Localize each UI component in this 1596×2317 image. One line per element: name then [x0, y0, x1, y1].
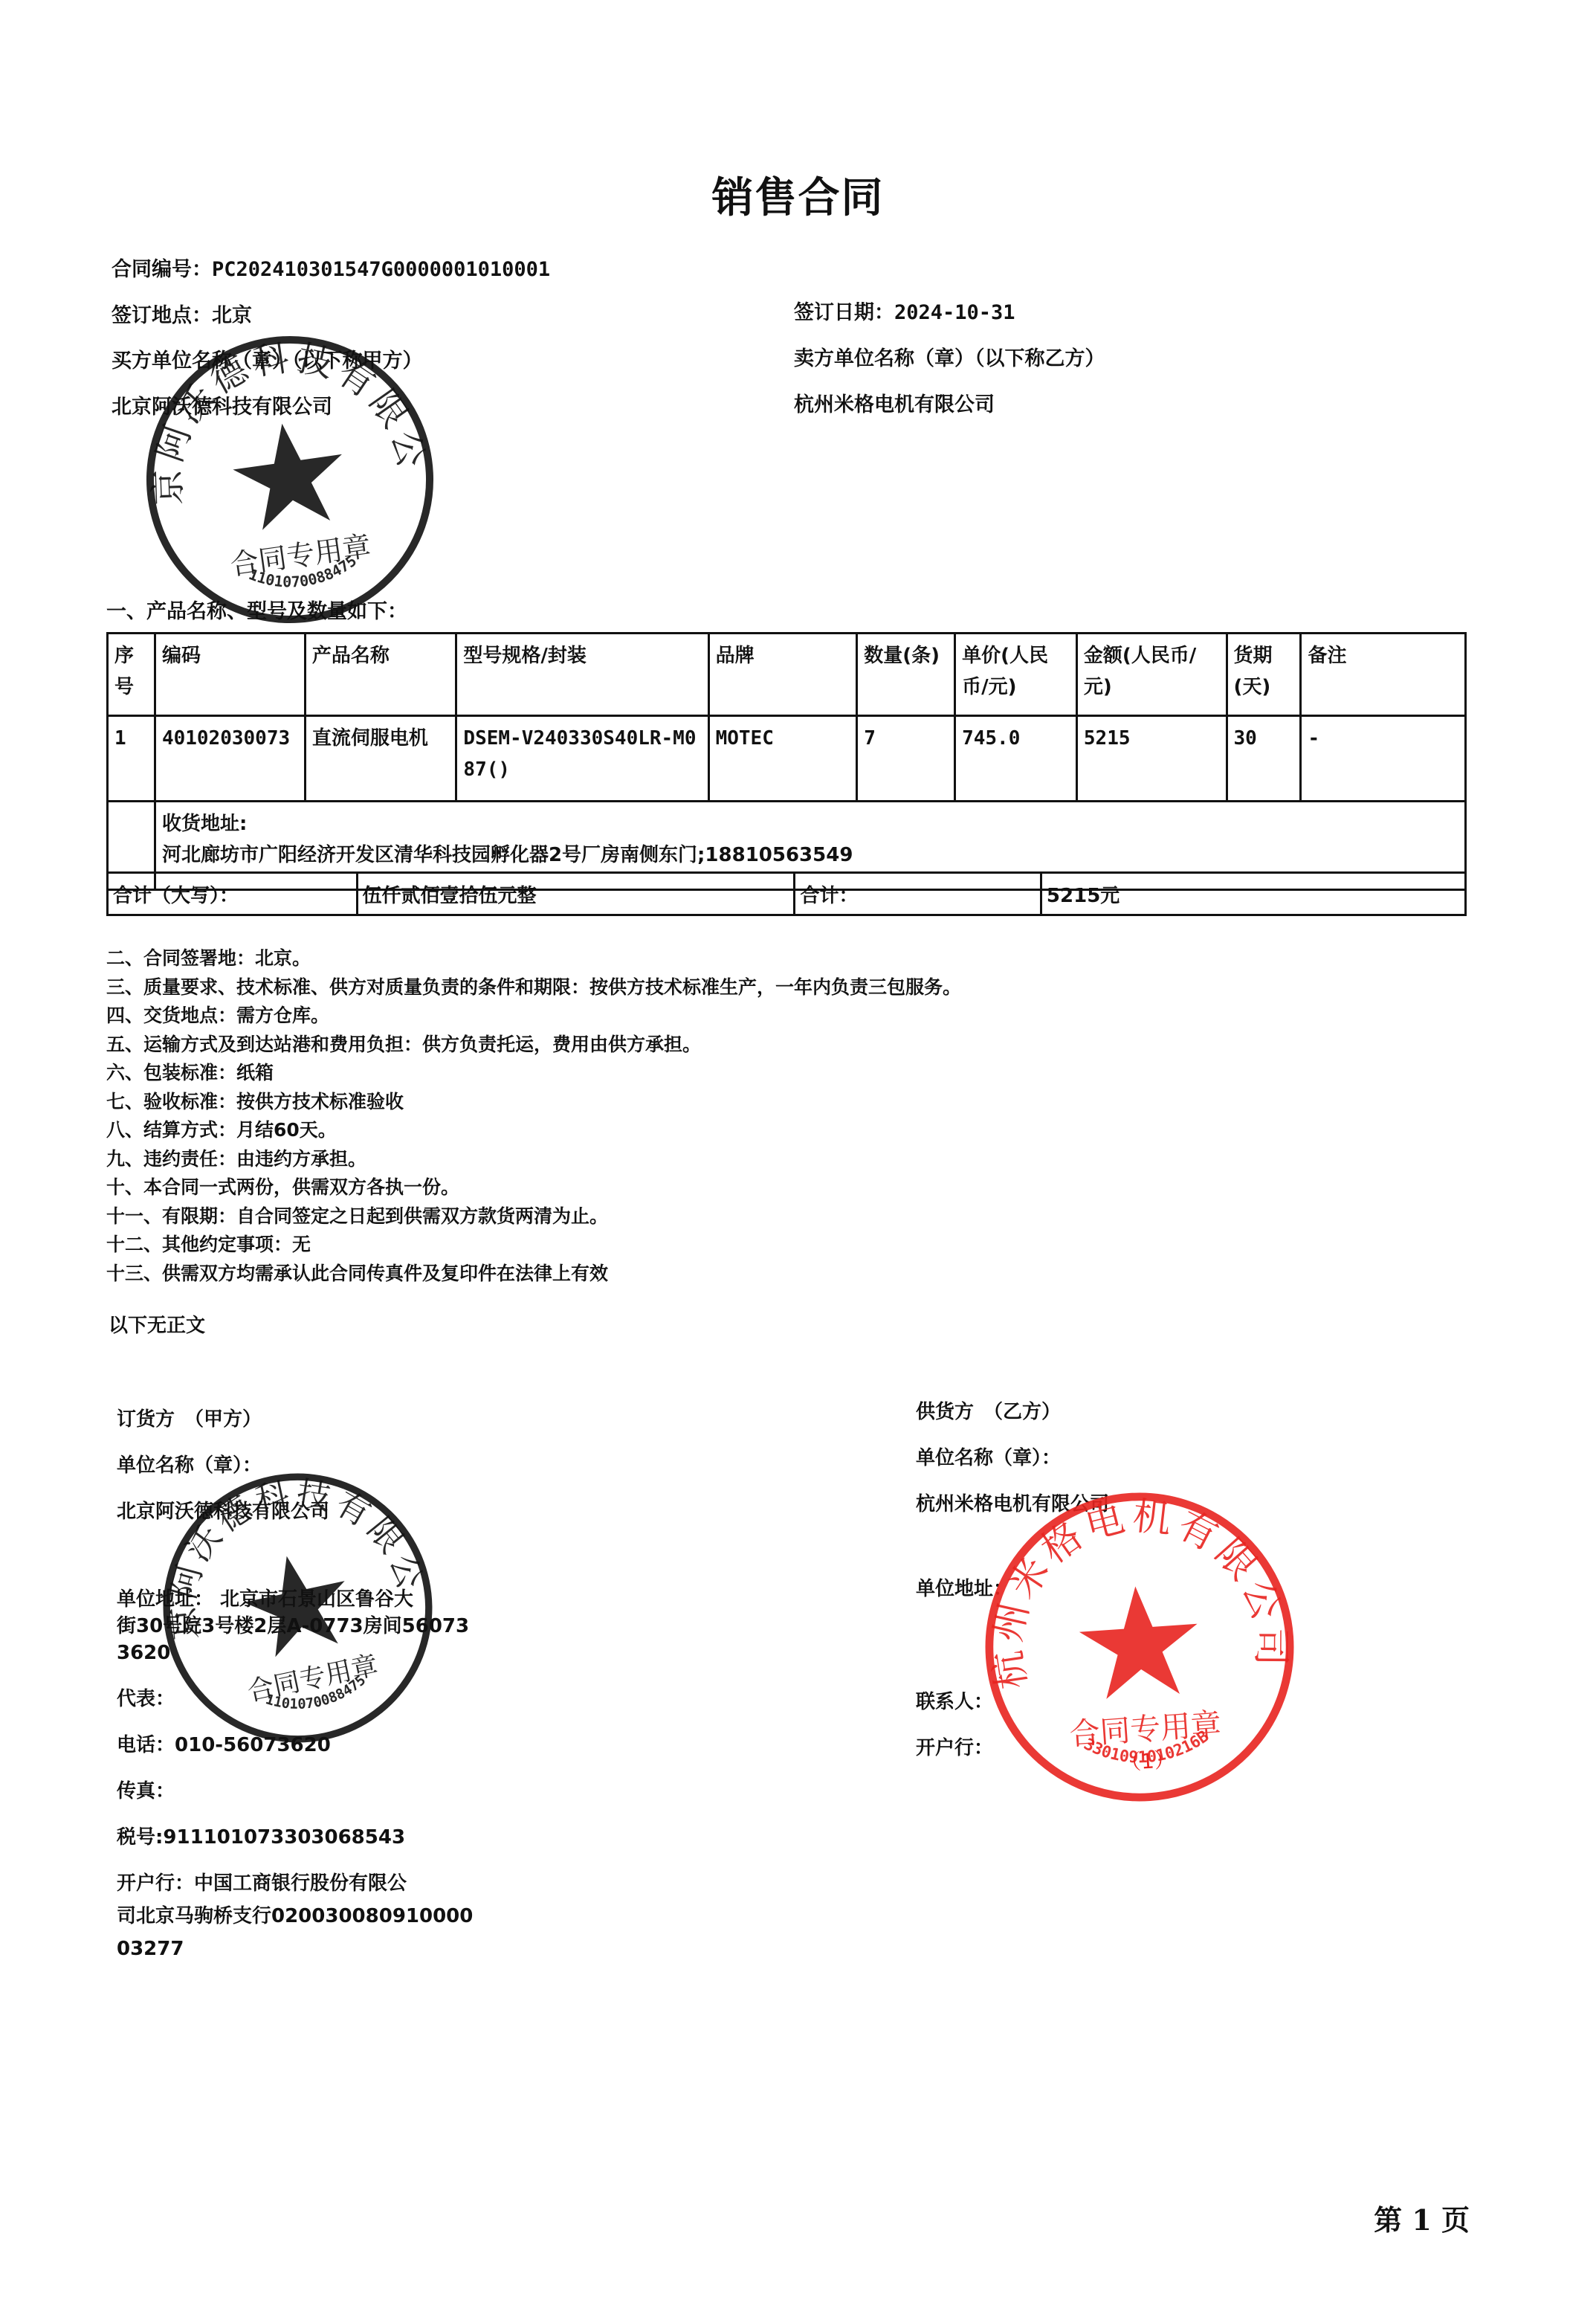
sign-date-value: 2024-10-31 — [894, 301, 1015, 324]
col-header-model: 型号规格/封装 — [456, 634, 708, 716]
cell-lead-days: 30 — [1227, 716, 1301, 802]
delivery-address-value: 河北廊坊市广阳经济开发区清华科技园孵化器2号厂房南侧东门;18810563549 — [162, 840, 1458, 871]
svg-text:（1）: （1） — [1120, 1747, 1176, 1775]
col-header-amount: 金额(人民币/元) — [1076, 634, 1227, 716]
sign-date: 签订日期：2024-10-31 — [794, 296, 1015, 325]
contract-number: 合同编号：PC202410301547G0000001010001 — [112, 253, 550, 282]
cell-unit-price: 745.0 — [955, 716, 1077, 802]
buyer-tax: 税号:911101073303068543 — [117, 1814, 473, 1860]
buyer-phone-value: 010-56073620 — [175, 1734, 331, 1756]
col-header-unit-price: 单价(人民币/元) — [955, 634, 1077, 716]
buyer-heading: 订货方 （甲方） — [117, 1396, 473, 1443]
buyer-phone-label: 电话： — [117, 1734, 175, 1756]
clause-3: 三、质量要求、技术标准、供方对质量负责的条件和期限：按供方技术标准生产，一年内负… — [106, 973, 961, 1002]
cell-brand: MOTEC — [708, 716, 857, 802]
seller-bank-label: 开户行： — [916, 1725, 1109, 1771]
buyer-name: 北京阿沃德科技有限公司 — [112, 390, 332, 419]
buyer-unit-name: 北京阿沃德科技有限公司 — [117, 1489, 473, 1535]
total-row: 合计（大写）： 伍仟贰佰壹拾伍元整 合计： 5215元 — [108, 873, 1466, 915]
buyer-label: 买方单位名称（章）（以下称甲方） — [112, 344, 423, 373]
cell-qty: 7 — [857, 716, 955, 802]
sign-place: 签订地点：北京 — [112, 299, 252, 328]
seller-unit-name-label: 单位名称（章）： — [916, 1435, 1109, 1481]
buyer-tax-label: 税号: — [117, 1826, 163, 1849]
buyer-signature-block: 订货方 （甲方） 单位名称（章）： 北京阿沃德科技有限公司 单位地址： 北京市石… — [117, 1396, 473, 1972]
seller-heading: 供货方 （乙方） — [916, 1389, 1109, 1435]
clause-7: 七、验收标准：按供方技术标准验收 — [106, 1088, 961, 1117]
total-value: 5215元 — [1041, 873, 1465, 915]
total-label: 合计： — [795, 873, 1041, 915]
clause-8: 八、结算方式：月结60天。 — [106, 1116, 961, 1145]
buyer-tax-value: 911101073303068543 — [163, 1826, 405, 1849]
table-header-row: 序号 编码 产品名称 型号规格/封装 品牌 数量(条) 单价(人民币/元) 金额… — [108, 634, 1466, 716]
total-table: 合计（大写）： 伍仟贰佰壹拾伍元整 合计： 5215元 — [106, 871, 1467, 916]
col-header-remark: 备注 — [1301, 634, 1466, 716]
col-header-code: 编码 — [155, 634, 305, 716]
col-header-brand: 品牌 — [708, 634, 857, 716]
page-number: 第 1 页 — [1374, 2197, 1470, 2238]
cell-name: 直流伺服电机 — [305, 716, 456, 802]
clause-10: 十、本合同一式两份，供需双方各执一份。 — [106, 1173, 961, 1202]
clause-4: 四、交货地点：需方仓库。 — [106, 1002, 961, 1031]
cell-remark: - — [1301, 716, 1466, 802]
svg-text:1101070088475: 1101070088475 — [245, 550, 362, 597]
buyer-fax-label: 传真： — [117, 1768, 473, 1814]
col-header-name: 产品名称 — [305, 634, 456, 716]
cell-code: 40102030073 — [155, 716, 305, 802]
cell-seq: 1 — [108, 716, 155, 802]
end-note: 以下无正文 — [109, 1310, 205, 1338]
col-header-qty: 数量(条) — [857, 634, 955, 716]
col-header-seq: 序号 — [108, 634, 155, 716]
cell-amount: 5215 — [1076, 716, 1227, 802]
seller-unit-name: 杭州米格电机有限公司 — [916, 1481, 1109, 1527]
clause-5: 五、运输方式及到达站港和费用负担：供方负责托运，费用由供方承担。 — [106, 1031, 961, 1060]
table-row: 1 40102030073 直流伺服电机 DSEM-V240330S40LR-M… — [108, 716, 1466, 802]
total-upper-value: 伍仟贰佰壹拾伍元整 — [357, 873, 795, 915]
items-table: 序号 编码 产品名称 型号规格/封装 品牌 数量(条) 单价(人民币/元) 金额… — [106, 632, 1467, 891]
contract-number-label: 合同编号： — [112, 258, 212, 281]
clause-12: 十二、其他约定事项：无 — [106, 1231, 961, 1260]
clause-9: 九、违约责任：由违约方承担。 — [106, 1145, 961, 1174]
col-header-lead-days: 货期(天) — [1227, 634, 1301, 716]
clauses-list: 二、合同签署地：北京。 三、质量要求、技术标准、供方对质量负责的条件和期限：按供… — [106, 944, 961, 1288]
buyer-phone: 电话：010-56073620 — [117, 1722, 473, 1768]
delivery-address-label: 收货地址: — [162, 808, 1458, 840]
clause-11: 十一、有限期：自合同签定之日起到供需双方款货两清为止。 — [106, 1202, 961, 1231]
buyer-unit-name-label: 单位名称（章）： — [117, 1443, 473, 1489]
svg-text:合同专用章: 合同专用章 — [228, 529, 372, 581]
sign-date-label: 签订日期： — [794, 301, 894, 324]
clause-13: 十三、供需双方均需承认此合同传真件及复印件在法律上有效 — [106, 1260, 961, 1289]
seller-label: 卖方单位名称（章）（以下称乙方） — [794, 342, 1105, 371]
sign-place-value: 北京 — [212, 304, 252, 327]
sign-place-label: 签订地点： — [112, 304, 212, 327]
buyer-rep-label: 代表： — [117, 1676, 473, 1722]
section-1-title: 一、产品名称、型号及数量如下： — [106, 595, 407, 624]
seller-address-label: 单位地址： — [916, 1566, 1109, 1612]
seller-contact-label: 联系人： — [916, 1679, 1109, 1725]
contract-number-value: PC202410301547G0000001010001 — [212, 258, 550, 281]
clause-2: 二、合同签署地：北京。 — [106, 944, 961, 973]
seller-name: 杭州米格电机有限公司 — [794, 388, 995, 417]
cell-model: DSEM-V240330S40LR-M087() — [456, 716, 708, 802]
clause-6: 六、包装标准：纸箱 — [106, 1059, 961, 1088]
total-upper-label: 合计（大写）： — [108, 873, 358, 915]
document-title: 销售合同 — [0, 165, 1596, 225]
seller-signature-block: 供货方 （乙方） 单位名称（章）： 杭州米格电机有限公司 单位地址： 联系人： … — [916, 1389, 1109, 1771]
